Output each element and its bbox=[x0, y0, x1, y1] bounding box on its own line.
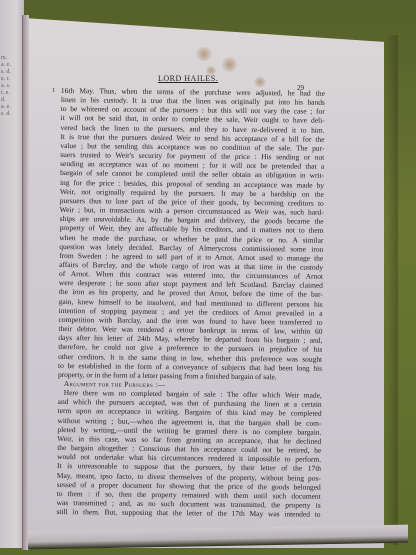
facing-page-edge: m. a. e. s. d. e. r. a. s. t. e. d. a. e… bbox=[0, 0, 24, 548]
body-text: 16th May. Thus, when the terms of the pu… bbox=[56, 86, 324, 519]
running-head: LORD HAILES. bbox=[158, 74, 218, 83]
foxing-stain bbox=[222, 57, 237, 72]
page-edge-shadow bbox=[386, 35, 398, 545]
facing-page-text-fragment: m. a. e. s. d. e. r. a. s. t. e. d. a. e… bbox=[1, 55, 11, 118]
book-gutter bbox=[22, 15, 29, 550]
margin-mark: 1 bbox=[52, 88, 55, 94]
page-header: LORD HAILES. bbox=[58, 74, 308, 86]
foxing-stain bbox=[196, 47, 212, 61]
